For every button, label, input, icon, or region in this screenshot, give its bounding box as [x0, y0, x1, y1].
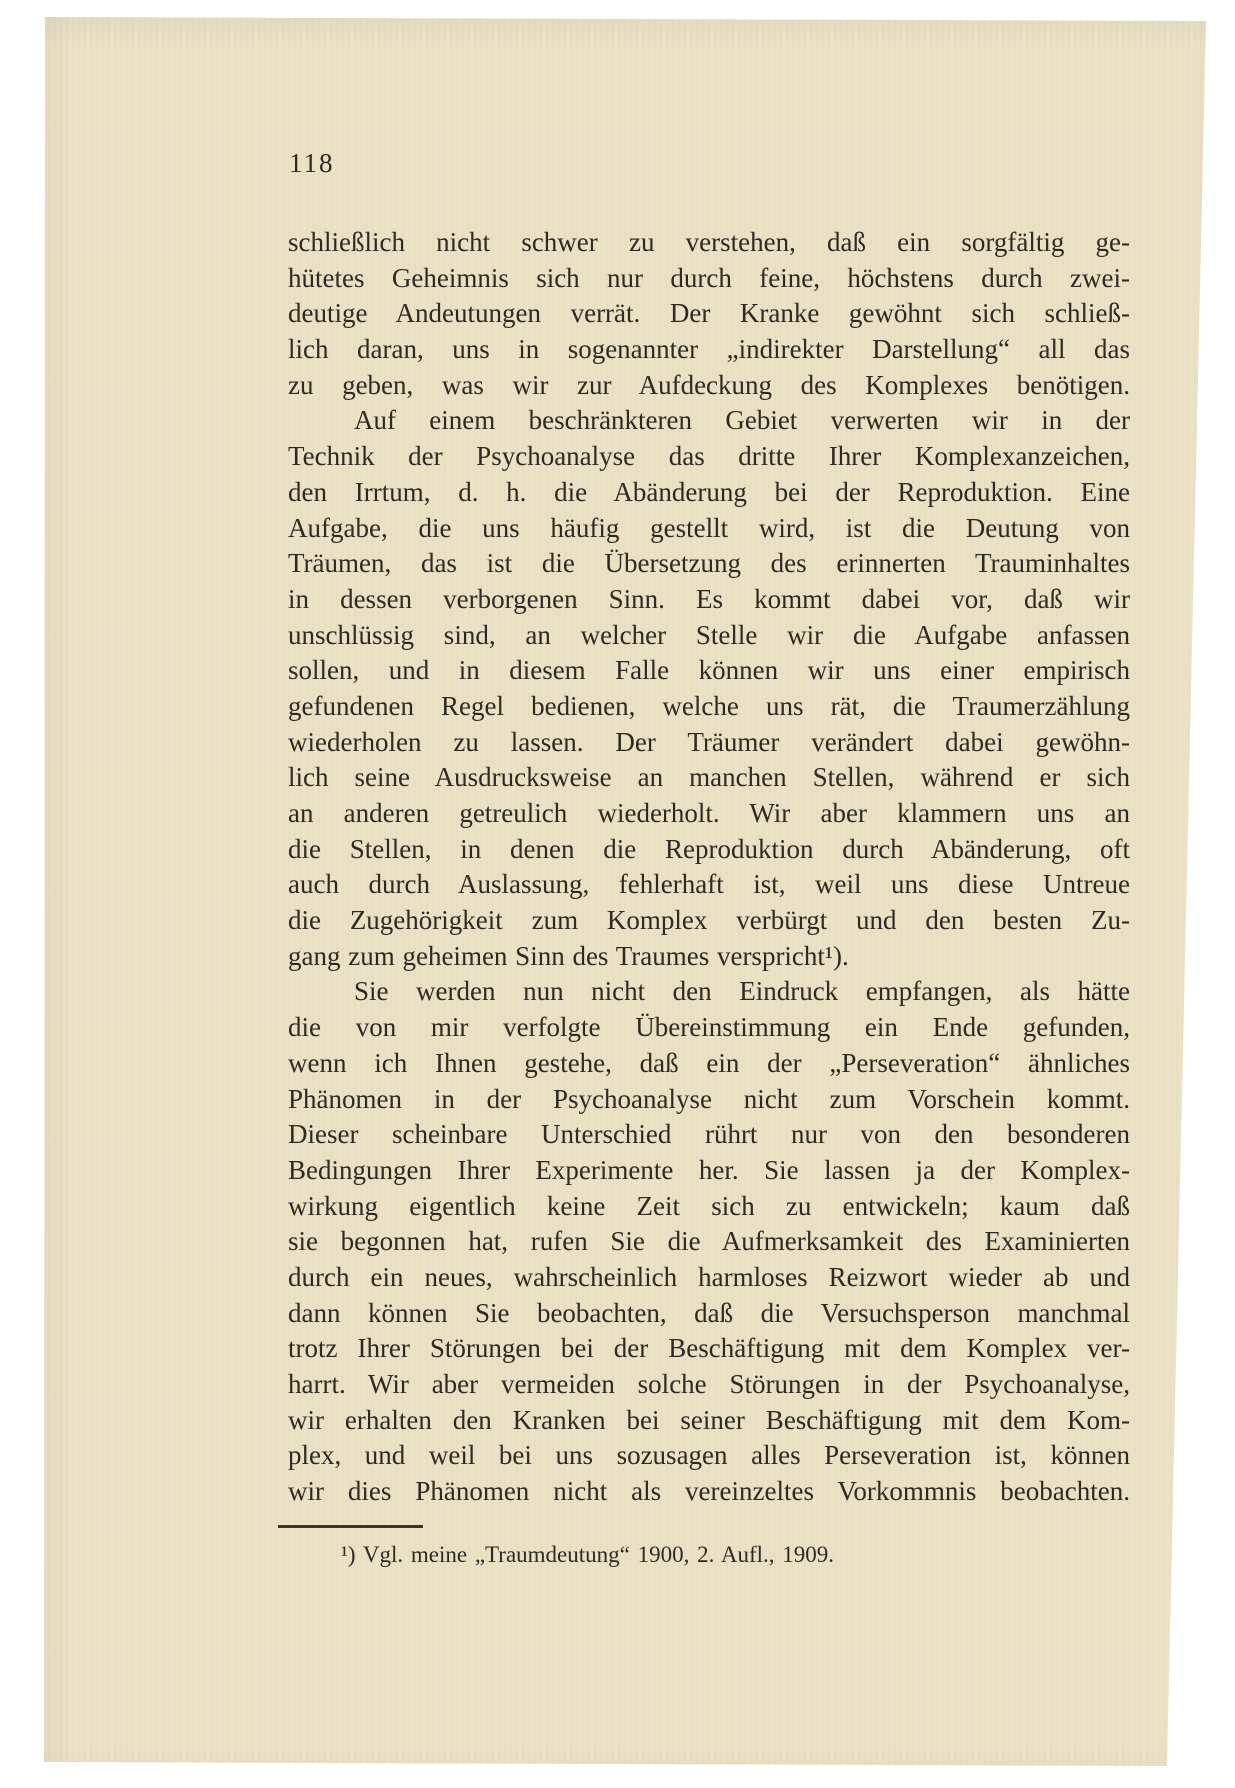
body-text-line: dann können Sie beobachten, daß die Vers… — [288, 1296, 1130, 1332]
body-text-line: wir dies Phänomen nicht als vereinzeltes… — [288, 1474, 1130, 1510]
body-text-line: hütetes Geheimnis sich nur durch feine, … — [288, 261, 1130, 297]
body-text-line: schließlich nicht schwer zu verstehen, d… — [288, 225, 1130, 261]
body-text-line: gefundenen Regel bedienen, welche uns rä… — [288, 689, 1130, 725]
body-text-line: gang zum geheimen Sinn des Traumes versp… — [288, 939, 1130, 975]
body-text-line: die Zugehörigkeit zum Komplex verbürgt u… — [288, 903, 1130, 939]
body-text-line: zu geben, was wir zur Aufdeckung des Kom… — [288, 368, 1130, 404]
body-text-line: wir erhalten den Kranken bei seiner Besc… — [288, 1403, 1130, 1439]
body-text-line: plex, und weil bei uns sozusagen alles P… — [288, 1438, 1130, 1474]
body-text-line: harrt. Wir aber vermeiden solche Störung… — [288, 1367, 1130, 1403]
body-text-line: trotz Ihrer Störungen bei der Beschäftig… — [288, 1331, 1130, 1367]
body-text-line: Sie werden nun nicht den Eindruck empfan… — [288, 974, 1130, 1010]
body-text-line: Phänomen in der Psychoanalyse nicht zum … — [288, 1082, 1130, 1118]
body-text-line: wenn ich Ihnen gestehe, daß ein der „Per… — [288, 1046, 1130, 1082]
body-text-line: Auf einem beschränkteren Gebiet verwerte… — [288, 403, 1130, 439]
body-text-line: wirkung eigentlich keine Zeit sich zu en… — [288, 1189, 1130, 1225]
body-text-line: Dieser scheinbare Unterschied rührt nur … — [288, 1117, 1130, 1153]
body-text-line: deutige Andeutungen verrät. Der Kranke g… — [288, 296, 1130, 332]
body-text-line: Aufgabe, die uns häufig gestellt wird, i… — [288, 511, 1130, 547]
body-text-line: Technik der Psychoanalyse das dritte Ihr… — [288, 439, 1130, 475]
body-text-line: auch durch Auslassung, fehlerhaft ist, w… — [288, 867, 1130, 903]
body-text-line: unschlüssig sind, an welcher Stelle wir … — [288, 618, 1130, 654]
footnote-divider — [278, 1525, 423, 1528]
body-text-line: sie begonnen hat, rufen Sie die Aufmerks… — [288, 1224, 1130, 1260]
body-text-line: Bedingungen Ihrer Experimente her. Sie l… — [288, 1153, 1130, 1189]
page-number: 118 — [289, 150, 335, 177]
scanned-book-page: 118 schließlich nicht schwer zu verstehe… — [0, 0, 1235, 1788]
body-text: schließlich nicht schwer zu verstehen, d… — [288, 225, 1130, 1510]
footnote-text: ¹) Vgl. meine „Traumdeutung“ 1900, 2. Au… — [341, 1540, 1041, 1570]
body-text-line: wiederholen zu lassen. Der Träumer verän… — [288, 725, 1130, 761]
body-text-line: in dessen verborgenen Sinn. Es kommt dab… — [288, 582, 1130, 618]
body-text-line: Träumen, das ist die Übersetzung des eri… — [288, 546, 1130, 582]
body-text-line: durch ein neues, wahrscheinlich harmlose… — [288, 1260, 1130, 1296]
body-text-line: die von mir verfolgte Übereinstimmung ei… — [288, 1010, 1130, 1046]
body-text-line: lich daran, uns in sogenannter „indirekt… — [288, 332, 1130, 368]
body-text-line: den Irrtum, d. h. die Abänderung bei der… — [288, 475, 1130, 511]
body-text-line: sollen, und in diesem Falle können wir u… — [288, 653, 1130, 689]
body-text-line: die Stellen, in denen die Reproduktion d… — [288, 832, 1130, 868]
body-text-line: lich seine Ausdrucksweise an manchen Ste… — [288, 760, 1130, 796]
body-text-line: an anderen getreulich wiederholt. Wir ab… — [288, 796, 1130, 832]
